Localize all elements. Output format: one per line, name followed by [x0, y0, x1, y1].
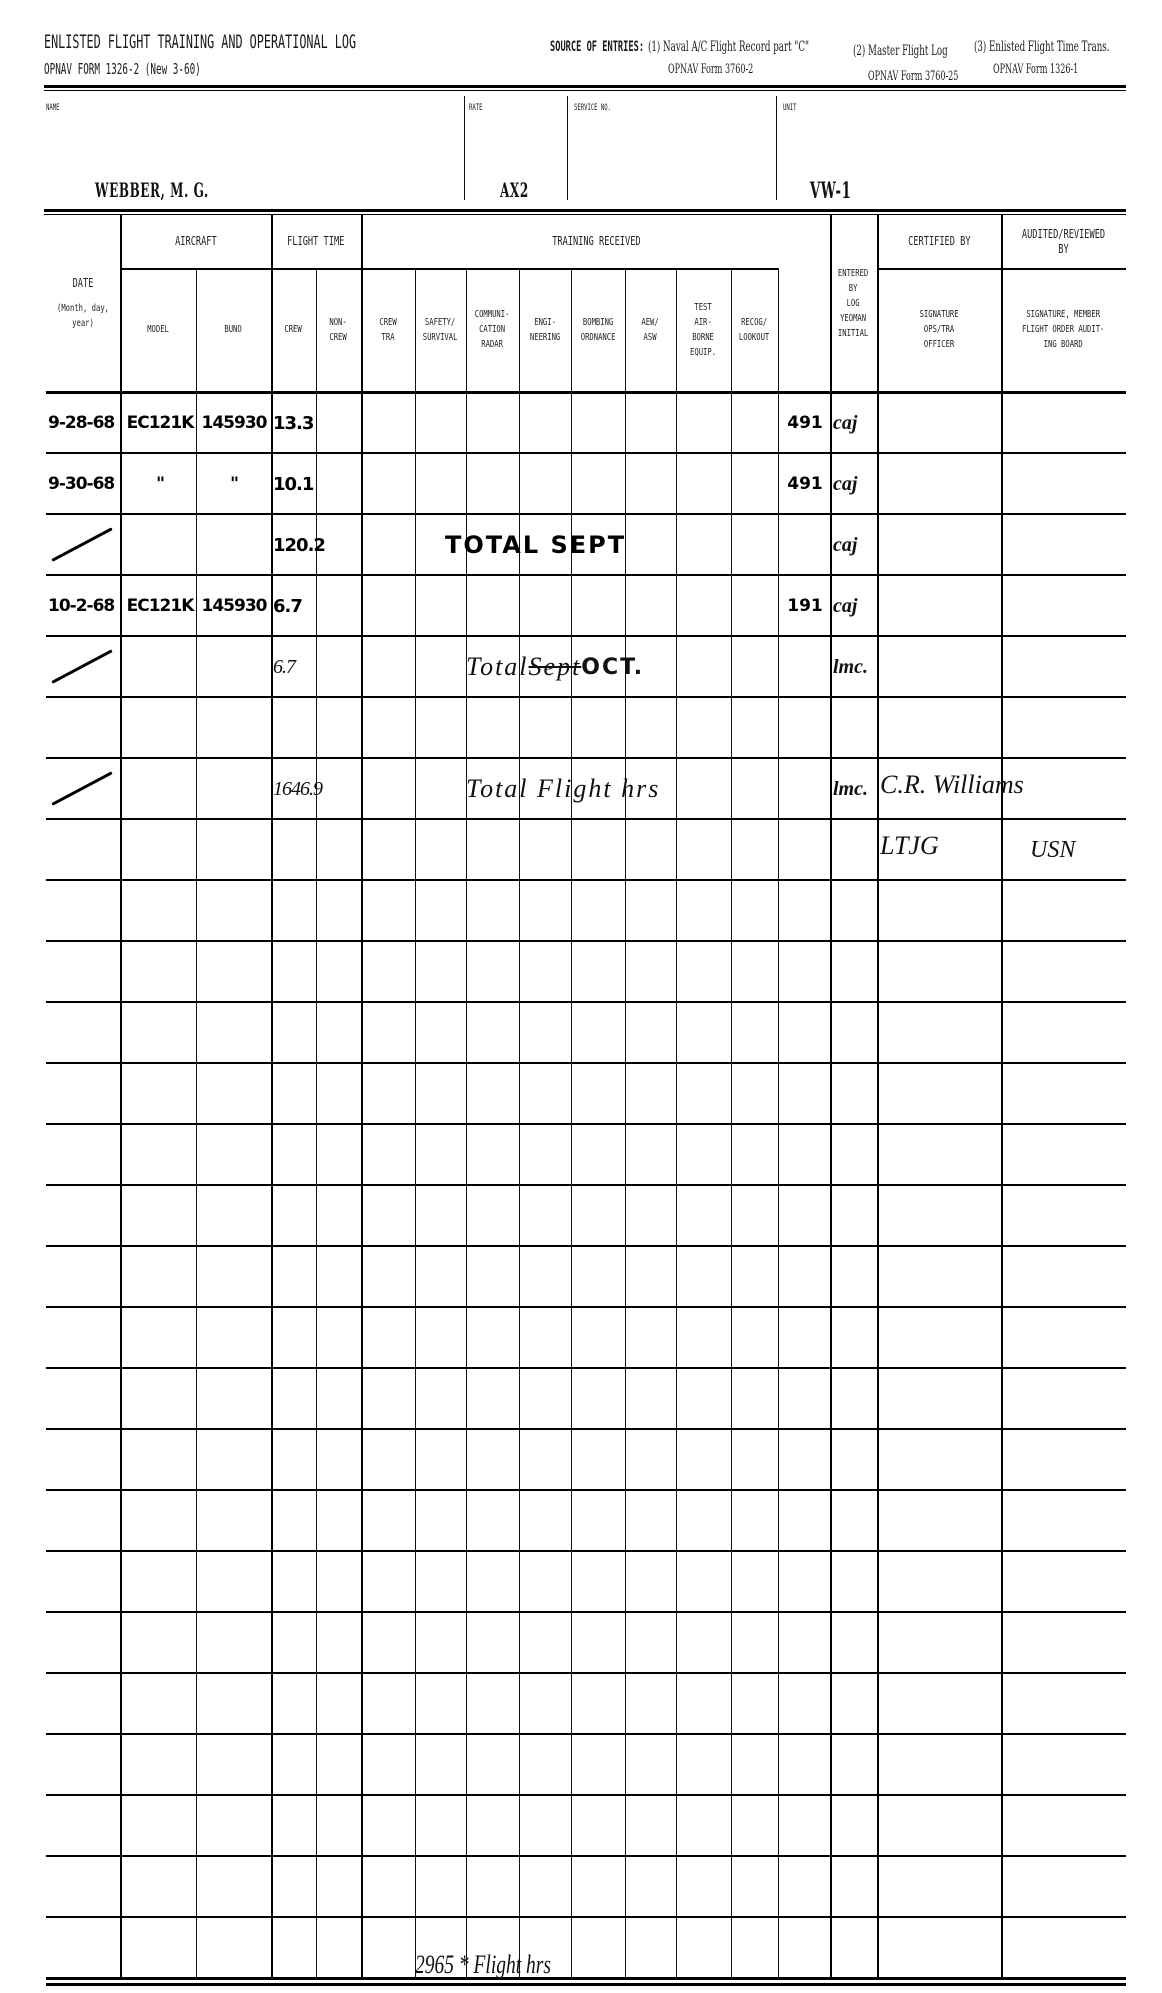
column-header-line: YEOMAN — [838, 311, 868, 326]
cell-model: " — [124, 454, 196, 514]
column-header-non-crew: NON-CREW — [316, 268, 361, 391]
column-header-line: INITIAL — [838, 326, 868, 341]
column-rule — [361, 215, 363, 1977]
column-header-source — [778, 268, 830, 391]
note-struck-text: Sept — [529, 652, 582, 682]
diagonal-strike-mark — [51, 527, 112, 562]
column-header-signature-board: SIGNATURE, MEMBERFLIGHT ORDER AUDIT-ING … — [1001, 268, 1126, 391]
column-header-line: BOMBING — [581, 315, 616, 330]
row-rule — [46, 1001, 1126, 1003]
column-header-date: DATE(Month, day, year) — [46, 215, 120, 391]
column-header-line: CATION — [475, 322, 510, 337]
column-header-line: COMMUNI- — [475, 307, 510, 322]
column-header-line: SURVIVAL — [423, 330, 458, 345]
row-rule — [46, 1611, 1126, 1613]
row-rule — [46, 1306, 1126, 1308]
column-rule — [415, 268, 416, 1977]
table-bottom-rule — [46, 1983, 1126, 1986]
unit-label: UNIT — [783, 103, 796, 113]
column-header-label: ENGI-NEERING — [524, 315, 566, 345]
cell-date: 10-2-68 — [48, 576, 120, 636]
name-value: WEBBER, M. G. — [95, 178, 209, 202]
column-header-line: LOOKOUT — [739, 330, 769, 345]
source-3-line1: (3) Enlisted Flight Time Trans. — [974, 39, 1110, 55]
column-header-label: MODEL — [143, 322, 173, 337]
cell-crew: 1646.9 — [273, 759, 333, 819]
column-header-line: CREW — [285, 322, 302, 337]
cell-entered-by: caj — [833, 576, 877, 636]
column-header-label: BOMBINGORDNANCE — [574, 315, 622, 345]
identity-rule — [44, 209, 1126, 212]
divider — [464, 96, 465, 200]
column-header-buno: BUNO — [196, 268, 271, 391]
column-header-line: OPS/TRA — [919, 322, 958, 337]
cell-buno: " — [198, 454, 270, 514]
service-no-label: SERVICE NO. — [574, 103, 611, 113]
subheader-rule — [120, 268, 778, 270]
row-rule — [46, 1977, 1126, 1980]
cell-note: Total Flight hrs — [466, 759, 846, 819]
column-header-line: TEST — [690, 300, 716, 315]
row-rule — [46, 1367, 1126, 1369]
cell-entered-by: lmc. — [833, 637, 877, 697]
row-rule — [46, 1062, 1126, 1064]
column-header-label: DATE(Month, day, year) — [46, 276, 120, 331]
cell-crew: 13.3 — [273, 393, 333, 453]
column-header-crew-tra: CREWTRA — [361, 268, 415, 391]
cell-model: EC121K — [124, 576, 196, 636]
column-rule — [877, 215, 879, 1977]
form-number: OPNAV FORM 1326-2 (New 3-60) — [44, 60, 201, 78]
column-header-line: ASW — [642, 330, 659, 345]
divider — [776, 96, 777, 200]
column-header-bombing: BOMBINGORDNANCE — [571, 268, 625, 391]
column-header-line: SAFETY/ — [423, 315, 458, 330]
row-rule — [46, 879, 1126, 881]
column-header-line: LOG — [838, 296, 868, 311]
column-header-label: AEW/ASW — [638, 315, 662, 345]
column-header-label: COMMUNI-CATIONRADAR — [468, 307, 516, 352]
column-header-line: AIR- — [690, 315, 716, 330]
source-1-line1: (1) Naval A/C Flight Record part "C" — [648, 39, 809, 55]
column-header-line: DATE — [56, 276, 109, 291]
column-header-line: ENGI- — [530, 315, 560, 330]
column-rule — [196, 268, 197, 1977]
row-rule — [46, 1855, 1126, 1857]
row-rule — [46, 1489, 1126, 1491]
top-rule-thin — [44, 90, 1126, 91]
column-header-line: MODEL — [147, 322, 169, 337]
column-header-label: SIGNATUREOPS/TRAOFFICER — [912, 307, 966, 352]
column-header-line: RECOG/ — [739, 315, 769, 330]
row-rule — [46, 1794, 1126, 1796]
column-header-line: FLIGHT ORDER AUDIT- — [1022, 322, 1104, 337]
column-header-line: EQUIP. — [690, 345, 716, 360]
row-rule — [46, 1184, 1126, 1186]
column-header-aew: AEW/ASW — [625, 268, 676, 391]
column-header-line: SIGNATURE — [919, 307, 958, 322]
column-header-line: NON- — [330, 315, 347, 330]
column-header-line: TRA — [379, 330, 396, 345]
group-header-aircraft: AIRCRAFT — [120, 215, 271, 268]
cell-crew: 10.1 — [273, 454, 333, 514]
diagonal-strike-mark — [51, 649, 112, 684]
column-header-line: SIGNATURE, MEMBER — [1022, 307, 1104, 322]
row-rule — [46, 1123, 1126, 1125]
column-header-communication: COMMUNI-CATIONRADAR — [466, 268, 519, 391]
column-header-label: BUNO — [221, 322, 245, 337]
column-header-crew: CREW — [271, 268, 316, 391]
cell-buno: 145930 — [198, 576, 270, 636]
column-header-line: (Month, day, year) — [56, 301, 109, 331]
divider — [567, 96, 568, 200]
rate-value: AX2 — [500, 178, 529, 202]
cell-date: 9-28-68 — [48, 393, 120, 453]
cell-source: 191 — [782, 576, 828, 636]
column-header-engineering: ENGI-NEERING — [519, 268, 571, 391]
column-header-entered-by: ENTEREDBYLOGYEOMANINITIAL — [830, 215, 877, 391]
cell-entered-by: caj — [833, 393, 877, 453]
cell-buno: 145930 — [198, 393, 270, 453]
column-header-label: RECOG/LOOKOUT — [733, 315, 775, 345]
group-header-label: FLIGHT TIME — [287, 234, 344, 249]
cell-source: 491 — [782, 454, 828, 514]
column-header-label: NON-CREW — [326, 315, 350, 345]
column-header-line: ENTERED — [838, 266, 868, 281]
column-header-line: RADAR — [475, 337, 510, 352]
column-header-label: CREW — [281, 322, 305, 337]
row-rule — [46, 1428, 1126, 1430]
column-header-label: SAFETY/SURVIVAL — [416, 315, 464, 345]
column-header-line: ING BOARD — [1022, 337, 1104, 352]
cell-model: EC121K — [124, 393, 196, 453]
column-rule — [830, 215, 832, 1977]
cell-crew: 120.2 — [273, 515, 333, 575]
column-header-label: TESTAIR-BORNEEQUIP. — [685, 300, 721, 360]
column-header-line: BORNE — [690, 330, 716, 345]
cell-audited-by: USN — [1030, 820, 1120, 880]
column-header-line: BUNO — [225, 322, 242, 337]
column-header-model: MODEL — [120, 268, 196, 391]
row-rule — [46, 1245, 1126, 1247]
cell-entered-by: lmc. — [833, 759, 877, 819]
column-header-line: BY — [838, 281, 868, 296]
cell-certified-by: C.R. Williams — [880, 755, 1130, 815]
group-header-label: TRAINING RECEIVED — [552, 234, 640, 249]
column-header-line: ORDNANCE — [581, 330, 616, 345]
top-rule — [44, 85, 1126, 88]
diagonal-strike-mark — [51, 771, 112, 806]
column-header-label: CREWTRA — [376, 315, 400, 345]
source-2-line2: OPNAV Form 3760-25 — [868, 69, 958, 84]
cell-entered-by: caj — [833, 515, 877, 575]
row-rule — [46, 940, 1126, 942]
group-header-label: AUDITED/REVIEWED BY — [1019, 227, 1109, 257]
group-header-training-received: TRAINING RECEIVED — [361, 215, 831, 268]
note-text: OCT. — [581, 655, 644, 680]
group-header-audited-by: AUDITED/REVIEWED BY — [1001, 215, 1126, 268]
column-header-line: AEW/ — [642, 315, 659, 330]
column-header-signature-ops: SIGNATUREOPS/TRAOFFICER — [877, 268, 1001, 391]
name-label: NAME — [46, 103, 59, 113]
source-3-line2: OPNAV Form 1326-1 — [993, 62, 1078, 77]
column-header-line: CREW — [330, 330, 347, 345]
column-header-safety: SAFETY/SURVIVAL — [415, 268, 466, 391]
cell-entered-by: caj — [833, 454, 877, 514]
cell-date: 9-30-68 — [48, 454, 120, 514]
column-header-recog: RECOG/LOOKOUT — [731, 268, 778, 391]
source-1-line2: OPNAV Form 3760-2 — [668, 62, 753, 77]
row-rule — [46, 1733, 1126, 1735]
rate-label: RATE — [469, 103, 482, 113]
note-text: Total — [466, 652, 529, 682]
cell-crew: 6.7 — [273, 576, 333, 636]
column-header-label: ENTEREDBYLOGYEOMANINITIAL — [832, 266, 874, 341]
column-header-test-airborne: TESTAIR-BORNEEQUIP. — [676, 268, 731, 391]
unit-value: VW-1 — [810, 178, 851, 204]
column-header-label: SIGNATURE, MEMBERFLIGHT ORDER AUDIT-ING … — [1006, 307, 1120, 352]
source-2-line1: (2) Master Flight Log — [853, 43, 948, 59]
group-header-flight-time: FLIGHT TIME — [271, 215, 361, 268]
column-header-line: NEERING — [530, 330, 560, 345]
cell-note: Total Sept OCT. — [466, 637, 846, 697]
column-rule — [120, 215, 122, 1977]
form-title: ENLISTED FLIGHT TRAINING AND OPERATIONAL… — [44, 31, 356, 53]
cell-note: TOTAL SEPT — [445, 515, 825, 575]
group-header-label: AIRCRAFT — [175, 234, 217, 249]
row-rule — [46, 1672, 1126, 1674]
column-header-line: CREW — [379, 315, 396, 330]
row-rule — [46, 1916, 1126, 1918]
group-header-label: CERTIFIED BY — [908, 234, 970, 249]
footer-note: 2965 * Flight hrs — [415, 1950, 551, 1980]
column-rule — [1001, 215, 1003, 1977]
cell-crew: 6.7 — [273, 637, 333, 697]
column-header-line: OFFICER — [919, 337, 958, 352]
row-rule — [46, 1550, 1126, 1552]
cell-source: 491 — [782, 393, 828, 453]
source-label: SOURCE OF ENTRIES: — [550, 39, 644, 55]
group-header-certified-by: CERTIFIED BY — [877, 215, 1001, 268]
